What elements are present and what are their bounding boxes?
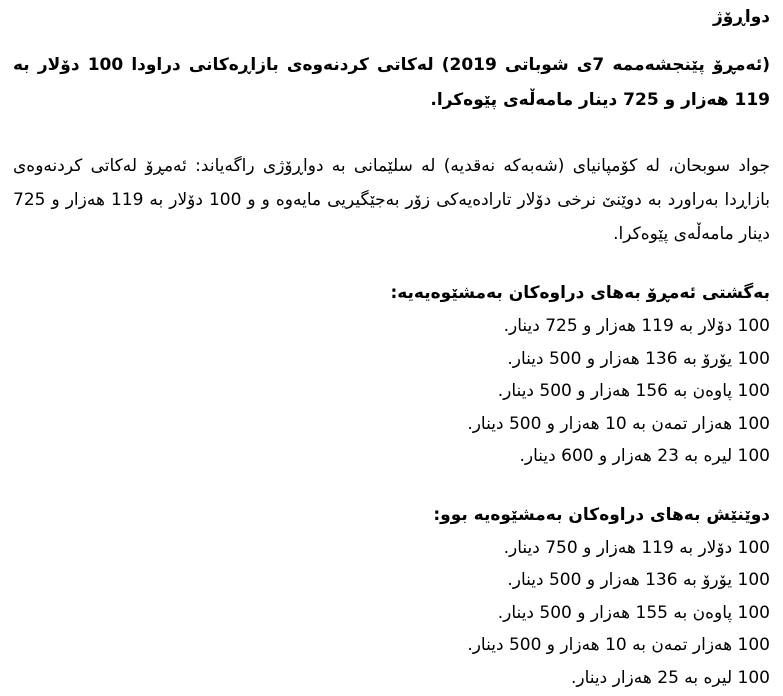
rate-item-euro: 100 یۆرۆ بە 136 هەزار و 500 دینار. [13,564,770,597]
lead-paragraph: (ئەمڕۆ پێنجشەممە 7ی شوباتی 2019) لەکاتی … [13,48,770,118]
today-rates-list: 100 دۆلار بە 119 هەزار و 725 دینار. 100 … [13,310,770,473]
today-rates-section: بەگشتی ئەمڕۆ بەهای دراوەکان بەمشێوەیەیە:… [13,276,770,473]
rate-item-dollar: 100 دۆلار بە 119 هەزار و 750 دینار. [13,532,770,565]
rate-item-dollar: 100 دۆلار بە 119 هەزار و 725 دینار. [13,310,770,343]
rate-item-pound: 100 پاوەن بە 155 هەزار و 500 دینار. [13,597,770,630]
rate-item-toman: 100 هەزار تمەن بە 10 هەزار و 500 دینار. [13,629,770,662]
yesterday-rates-section: دوێنێش بەهای دراوەکان بەمشێوەیە بوو: 100… [13,498,770,695]
rate-item-lira: 100 لیرە بە 23 هەزار و 600 دینار. [13,440,770,473]
rate-item-euro: 100 یۆرۆ بە 136 هەزار و 500 دینار. [13,343,770,376]
body-paragraph: جواد سوبحان، لە کۆمپانیای (شەبەکە نەقدیە… [13,149,770,251]
rate-item-lira: 100 لیرە بە 25 هەزار دینار. [13,662,770,695]
today-rates-heading: بەگشتی ئەمڕۆ بەهای دراوەکان بەمشێوەیەیە: [13,276,770,310]
yesterday-rates-heading: دوێنێش بەهای دراوەکان بەمشێوەیە بوو: [13,498,770,532]
article-page: دواڕۆژ (ئەمڕۆ پێنجشەممە 7ی شوباتی 2019) … [0,0,783,694]
rate-item-toman: 100 هەزار تمەن بە 10 هەزار و 500 دینار. [13,408,770,441]
yesterday-rates-list: 100 دۆلار بە 119 هەزار و 750 دینار. 100 … [13,532,770,695]
rate-item-pound: 100 پاوەن بە 156 هەزار و 500 دینار. [13,375,770,408]
site-title: دواڕۆژ [13,5,770,29]
